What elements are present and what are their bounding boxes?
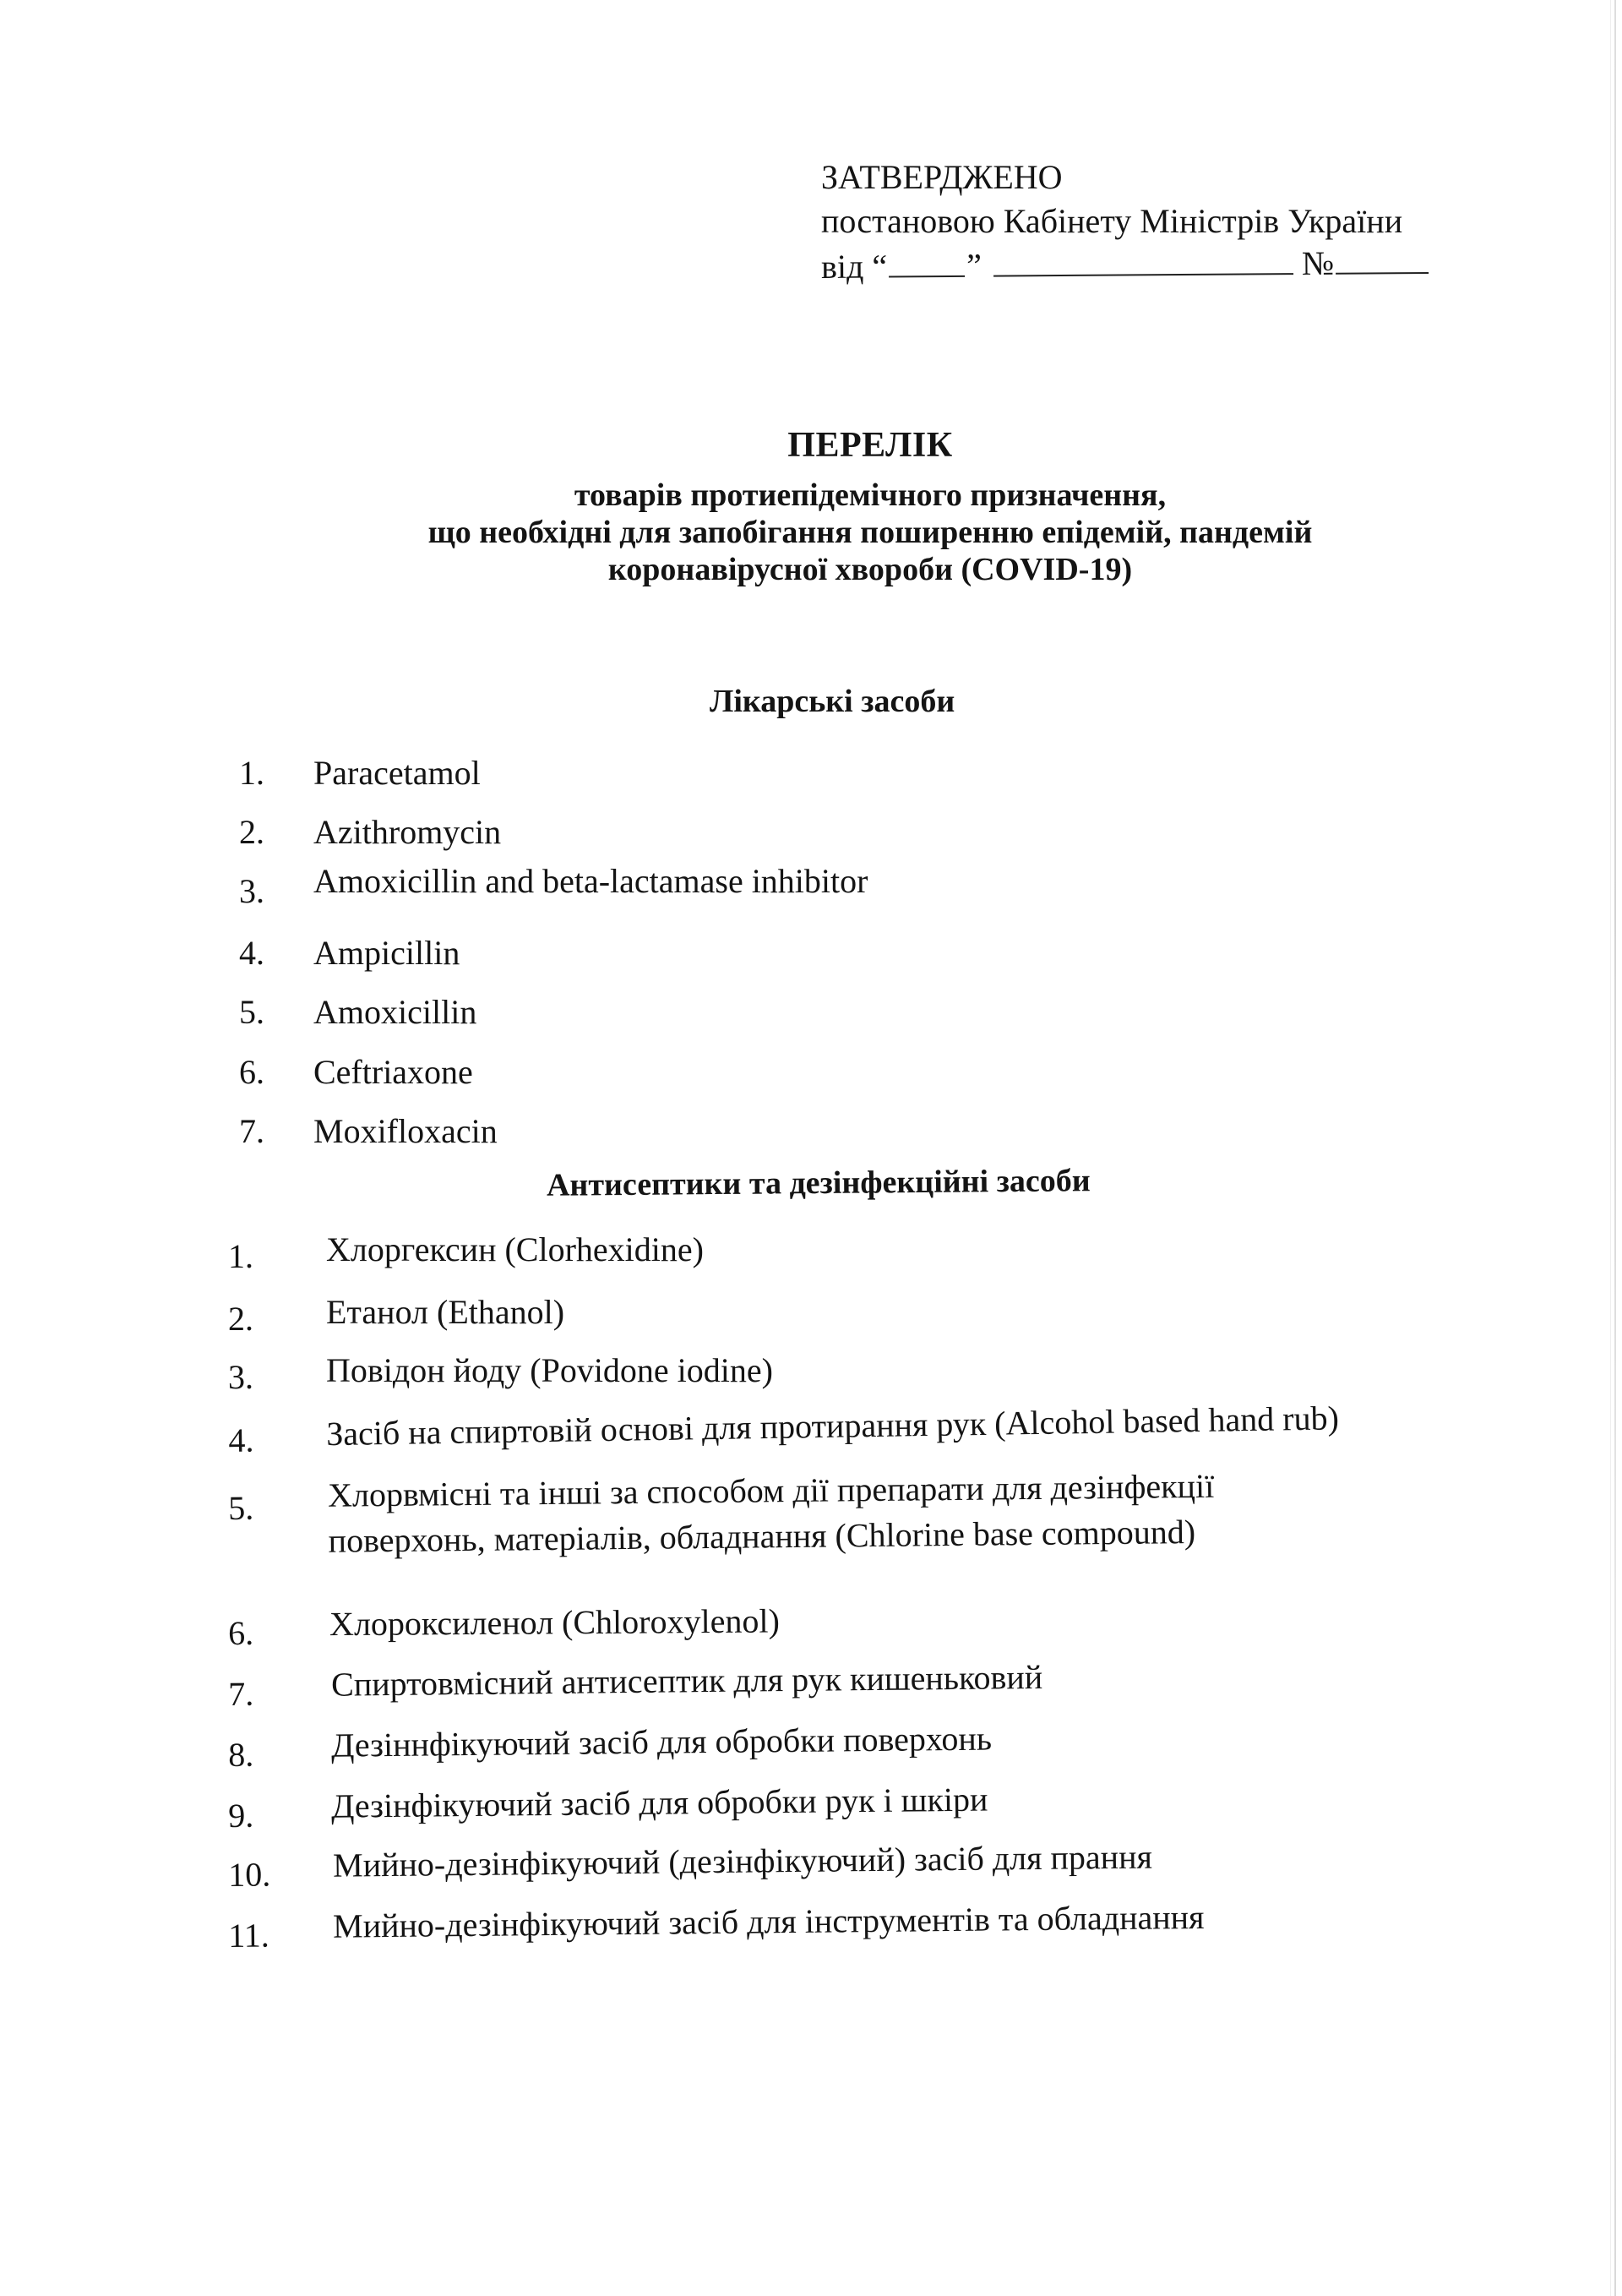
number-sign: № [1302,244,1334,282]
quote-open: “ [872,247,887,285]
item-number: 9. [228,1797,253,1835]
title-main: ПЕРЕЛІК [321,423,1419,468]
item-text: Хлоргексин (Clorhexidine) [326,1230,704,1269]
item-number: 7. [228,1675,253,1714]
item-text: Azithromycin [313,813,501,852]
subtitle-line: що необхідні для запобігання поширенню е… [321,514,1419,551]
item-text: Мийно-дезінфікуючий (дезінфікуючий) засі… [333,1838,1152,1885]
item-number: 3. [239,872,264,911]
item-text: Ampicillin [313,934,460,973]
item-number: 1. [228,1237,253,1276]
item-text: Paracetamol [313,754,481,793]
document-title: ПЕРЕЛІК товарів протиепідемічного призна… [321,423,1419,588]
item-text-line2: поверхонь, матеріалів, обладнання (Chlor… [328,1513,1215,1561]
item-number: 8. [228,1736,253,1775]
item-text: Moxifloxacin [313,1112,498,1151]
item-number: 4. [239,934,264,973]
number-blank [1336,245,1429,275]
item-number: 10. [228,1855,270,1895]
approval-issuer: постановою Кабінету Міністрів України [821,201,1429,242]
section-heading-antiseptics: Антисептики та дезінфекційні засоби [547,1162,1091,1204]
item-text-line1: Хлорвмісні та інші за способом дії препа… [328,1467,1215,1515]
item-text: Amoxicillin [313,993,476,1032]
subtitle-line: товарів протиепідемічного призначення, [321,477,1419,514]
item-number: 7. [239,1112,264,1151]
scan-edge-line [1614,0,1616,2296]
item-number: 5. [239,993,264,1032]
item-text: Етанол (Ethanol) [326,1293,564,1332]
subtitle-line: коронавірусної хвороби (COVID-19) [321,551,1419,588]
section-heading-medicines: Лікарські засоби [710,683,955,720]
title-subtitle: товарів протиепідемічного призначення, щ… [321,477,1419,588]
item-number: 2. [239,813,264,852]
item-text: Дезіннфікуючий засіб для обробки поверхо… [331,1720,992,1765]
item-number: 11. [228,1916,269,1955]
item-number: 6. [228,1614,253,1653]
item-text: Повідон йоду (Povidone iodine) [326,1351,773,1390]
item-number: 3. [228,1358,253,1397]
date-prefix: від [821,248,864,286]
approval-block: ЗАТВЕРДЖЕНО постановою Кабінету Міністрі… [821,157,1429,287]
item-text: Спиртовмісний антисептик для рук кишеньк… [331,1658,1042,1704]
item-number: 6. [239,1053,264,1092]
item-number: 4. [228,1421,254,1460]
day-blank [889,248,965,278]
item-number: 2. [228,1300,253,1339]
item-text: Хлороксиленол (Chloroxylenol) [329,1601,780,1644]
item-text: Дезінфікуючий засіб для обробки рук і шк… [331,1781,988,1826]
item-number: 5. [228,1489,253,1528]
item-number: 1. [239,754,264,793]
month-year-blank [993,246,1293,276]
scan-edge-shadow [1610,0,1611,2296]
item-text: Мийно-дезінфікуючий засіб для інструмент… [333,1898,1205,1946]
item-text: Amoxicillin and beta-lactamase inhibitor [313,862,868,901]
item-text: Хлорвмісні та інші за способом дії препа… [328,1467,1215,1561]
quote-close: ” [966,247,982,285]
item-text: Ceftriaxone [313,1053,473,1092]
item-text: Засіб на спиртовій основі для протирання… [326,1399,1339,1453]
approval-stamp: ЗАТВЕРДЖЕНО [821,157,1429,198]
approval-date-line: від “” № [821,243,1429,287]
